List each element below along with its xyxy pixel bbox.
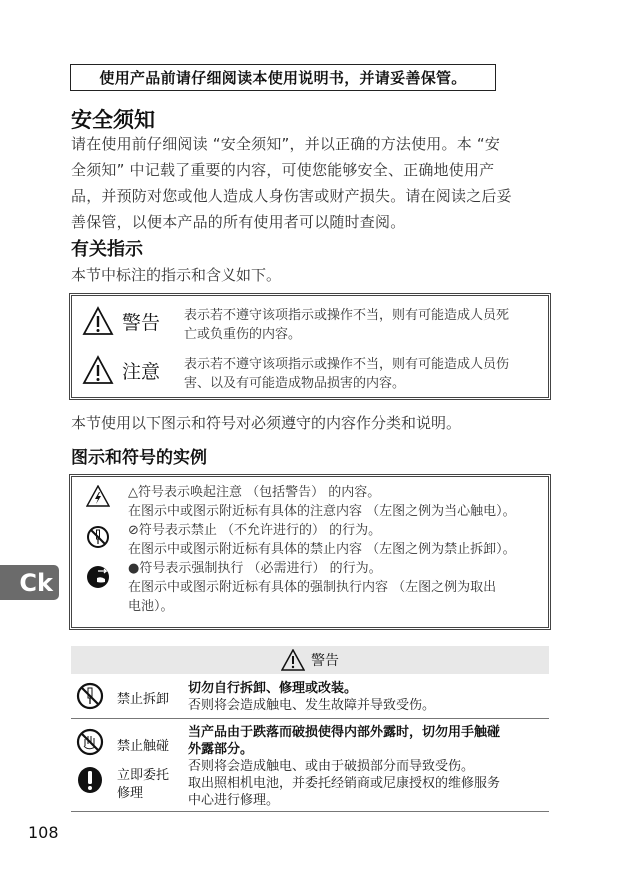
remove-battery-icon — [86, 565, 110, 593]
warning-header-label: 警告 — [311, 650, 339, 670]
symbol-line: 在图示中或图示附近标有具体的强制执行内容 （左图之例为取出 — [128, 578, 516, 597]
electric-shock-triangle-icon — [86, 485, 110, 511]
symbols-intro: 本节使用以下图示和符号对必须遵守的内容作分类和说明。 — [71, 412, 461, 433]
symbol-line: ⊘符号表示禁止 （不允许进行的） 的行为。 — [128, 521, 516, 540]
label-line: 修理 — [117, 785, 169, 803]
caution-description: 表示若不遵守该项指示或操作不当，则有可能造成人员伤 害、以及有可能造成物品损害的… — [184, 355, 509, 393]
bold-warning: 切勿自行拆卸、修理或改装。 — [188, 681, 357, 696]
bold-warning: 当产品由于跌落而破损使得内部外露时，切勿用手触碰 — [188, 725, 500, 740]
indication-caution: 注意 表示若不遵守该项指示或操作不当，则有可能造成人员伤 害、以及有可能造成物品… — [78, 355, 509, 393]
desc-line: 表示若不遵守该项指示或操作不当，则有可能造成人员伤 — [184, 355, 509, 374]
no-disassembly-icon — [76, 682, 104, 714]
paragraph-line: 请在使用前仔细阅读 “安全须知”，并以正确的方法使用。本 “安 — [71, 131, 551, 157]
warning-table-header: 警告 — [71, 646, 549, 674]
consequence: 否则将会造成触电、或由于破损部分而导致受伤。 — [188, 758, 500, 775]
row-label-no-disassembly: 禁止拆卸 — [117, 688, 169, 707]
usage-notice-box: 使用产品前请仔细阅读本使用说明书，并请妥善保管。 — [70, 64, 496, 91]
safety-paragraph: 请在使用前仔细阅读 “安全须知”，并以正确的方法使用。本 “安 全须知” 中记载… — [71, 131, 551, 235]
row-divider — [71, 811, 549, 812]
row-label-no-touch: 禁止触碰 — [117, 735, 169, 754]
desc-line: 亡或负重伤的内容。 — [184, 325, 509, 344]
paragraph-line: 全须知” 中记载了重要的内容，可使您能够安全、正确地使用产 — [71, 157, 551, 183]
row-text-no-disassembly: 切勿自行拆卸、修理或改装。 否则将会造成触电、发生故障并导致受伤。 — [188, 680, 435, 714]
caution-label: 注意 — [122, 357, 180, 384]
warning-label: 警告 — [122, 308, 180, 335]
desc-line: 表示若不遵守该项指示或操作不当，则有可能造成人员死 — [184, 306, 509, 325]
no-disassembly-icon — [86, 525, 110, 553]
safety-heading: 安全须知 — [71, 104, 155, 134]
symbols-heading: 图示和符号的实例 — [71, 443, 207, 468]
row-label-request-repair: 立即委托 修理 — [117, 767, 169, 803]
symbol-line: ●符号表示强制执行 （必需进行） 的行为。 — [128, 559, 516, 578]
symbol-line: 电池）。 — [128, 597, 516, 616]
warning-description: 表示若不遵守该项指示或操作不当，则有可能造成人员死 亡或负重伤的内容。 — [184, 306, 509, 344]
symbol-line: 在图示中或图示附近标有具体的注意内容 （左图之例为当心触电）。 — [128, 502, 516, 521]
indications-heading: 有关指示 — [71, 235, 143, 261]
indication-warning: 警告 表示若不遵守该项指示或操作不当，则有可能造成人员死 亡或负重伤的内容。 — [78, 306, 509, 344]
indications-box: 警告 表示若不遵守该项指示或操作不当，则有可能造成人员死 亡或负重伤的内容。 注… — [69, 293, 551, 400]
row-divider — [71, 718, 549, 719]
page-number: 108 — [28, 823, 59, 842]
label-line: 立即委托 — [117, 767, 169, 785]
bold-warning: 外露部分。 — [188, 742, 253, 757]
instruction: 取出照相机电池，并委托经销商或尼康授权的维修服务 — [188, 775, 500, 792]
mandatory-action-icon — [77, 766, 103, 798]
consequence: 否则将会造成触电、发生故障并导致受伤。 — [188, 697, 435, 714]
symbol-line: 在图示中或图示附近标有具体的禁止内容 （左图之例为禁止拆卸）。 — [128, 540, 516, 559]
warning-triangle-icon — [281, 649, 305, 671]
desc-line: 害、以及有可能造成物品损害的内容。 — [184, 374, 509, 393]
paragraph-line: 善保管，以便本产品的所有使用者可以随时查阅。 — [71, 209, 551, 235]
warning-triangle-icon — [78, 306, 118, 336]
paragraph-line: 品，并预防对您或他人造成人身伤害或财产损失。请在阅读之后妥 — [71, 183, 551, 209]
row-text-no-touch: 当产品由于跌落而破损使得内部外露时，切勿用手触碰 外露部分。 否则将会造成触电、… — [188, 724, 500, 809]
instruction: 中心进行修理。 — [188, 792, 500, 809]
caution-triangle-icon — [78, 355, 118, 385]
language-tab[interactable]: Ck — [0, 565, 59, 600]
no-touch-icon — [76, 728, 104, 760]
symbol-line: △符号表示唤起注意 （包括警告） 的内容。 — [128, 483, 516, 502]
symbols-explanation: △符号表示唤起注意 （包括警告） 的内容。 在图示中或图示附近标有具体的注意内容… — [128, 483, 516, 616]
symbols-box: △符号表示唤起注意 （包括警告） 的内容。 在图示中或图示附近标有具体的注意内容… — [69, 474, 551, 630]
indications-intro: 本节中标注的指示和含义如下。 — [71, 264, 281, 285]
